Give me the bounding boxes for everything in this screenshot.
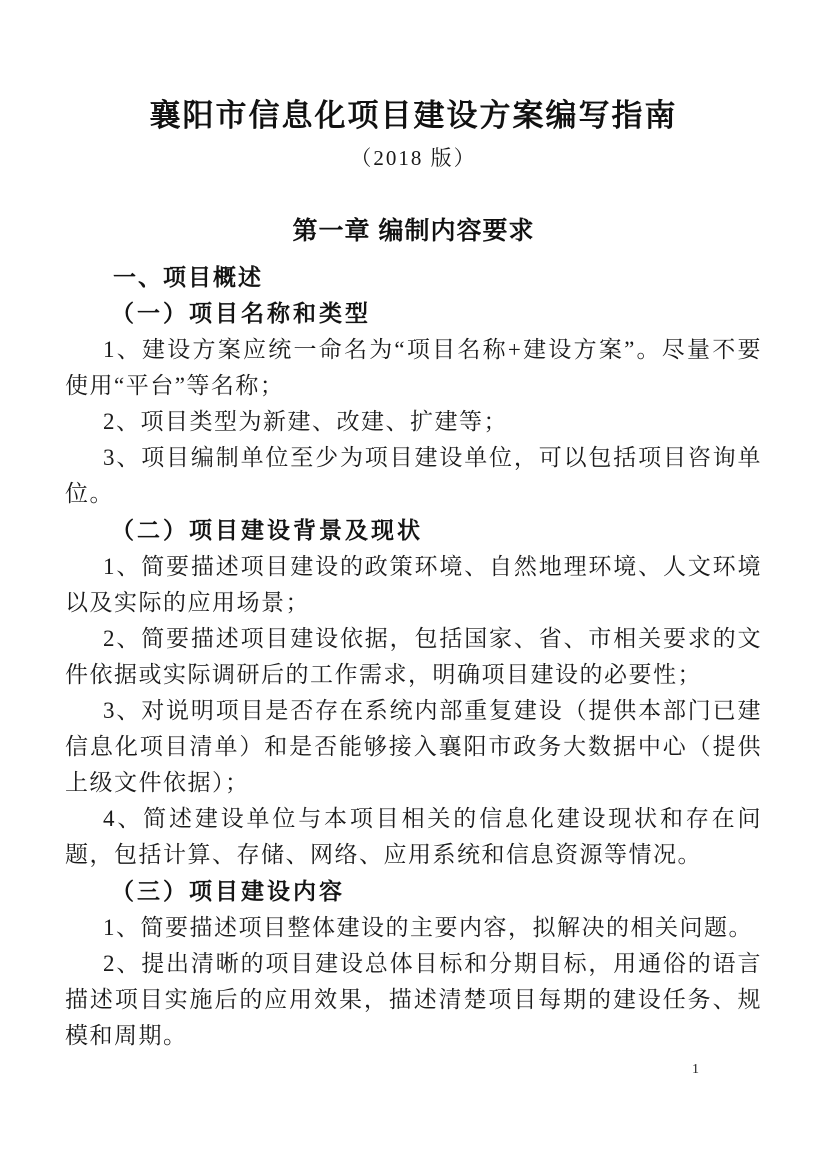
page-number: 1: [692, 1062, 699, 1078]
document-page: 襄阳市信息化项目建设方案编写指南 （2018 版） 第一章 编制内容要求 一、项…: [0, 0, 827, 1169]
subsection-construction-content: （三）项目建设内容 1、简要描述项目整体建设的主要内容，拟解决的相关问题。 2、…: [65, 873, 762, 1054]
paragraph: 2、简要描述项目建设依据，包括国家、省、市相关要求的文件依据或实际调研后的工作需…: [65, 621, 762, 693]
subsection-heading: （二）项目建设背景及现状: [65, 512, 762, 549]
subsection-project-name-and-type: （一）项目名称和类型 1、建设方案应统一命名为“项目名称+建设方案”。尽量不要使…: [65, 295, 762, 512]
paragraph: 2、提出清晰的项目建设总体目标和分期目标，用通俗的语言描述项目实施后的应用效果，…: [65, 946, 762, 1054]
chapter-heading: 第一章 编制内容要求: [65, 214, 762, 248]
paragraph: 4、简述建设单位与本项目相关的信息化建设现状和存在问题，包括计算、存储、网络、应…: [65, 801, 762, 873]
paragraph: 3、项目编制单位至少为项目建设单位，可以包括项目咨询单位。: [65, 440, 762, 512]
paragraph: 3、对说明项目是否存在系统内部重复建设（提供本部门已建信息化项目清单）和是否能够…: [65, 693, 762, 801]
paragraph: 1、建设方案应统一命名为“项目名称+建设方案”。尽量不要使用“平台”等名称；: [65, 332, 762, 404]
paragraph: 1、简要描述项目建设的政策环境、自然地理环境、人文环境以及实际的应用场景；: [65, 549, 762, 621]
subsection-heading: （一）项目名称和类型: [65, 295, 762, 332]
edition-subtitle: （2018 版）: [65, 144, 762, 172]
paragraph: 2、项目类型为新建、改建、扩建等；: [65, 404, 762, 440]
paragraph: 1、简要描述项目整体建设的主要内容，拟解决的相关问题。: [65, 910, 762, 946]
subsection-heading: （三）项目建设内容: [65, 873, 762, 910]
document-title: 襄阳市信息化项目建设方案编写指南: [65, 96, 762, 136]
section-heading: 一、项目概述: [65, 259, 762, 295]
subsection-background-and-status: （二）项目建设背景及现状 1、简要描述项目建设的政策环境、自然地理环境、人文环境…: [65, 512, 762, 873]
